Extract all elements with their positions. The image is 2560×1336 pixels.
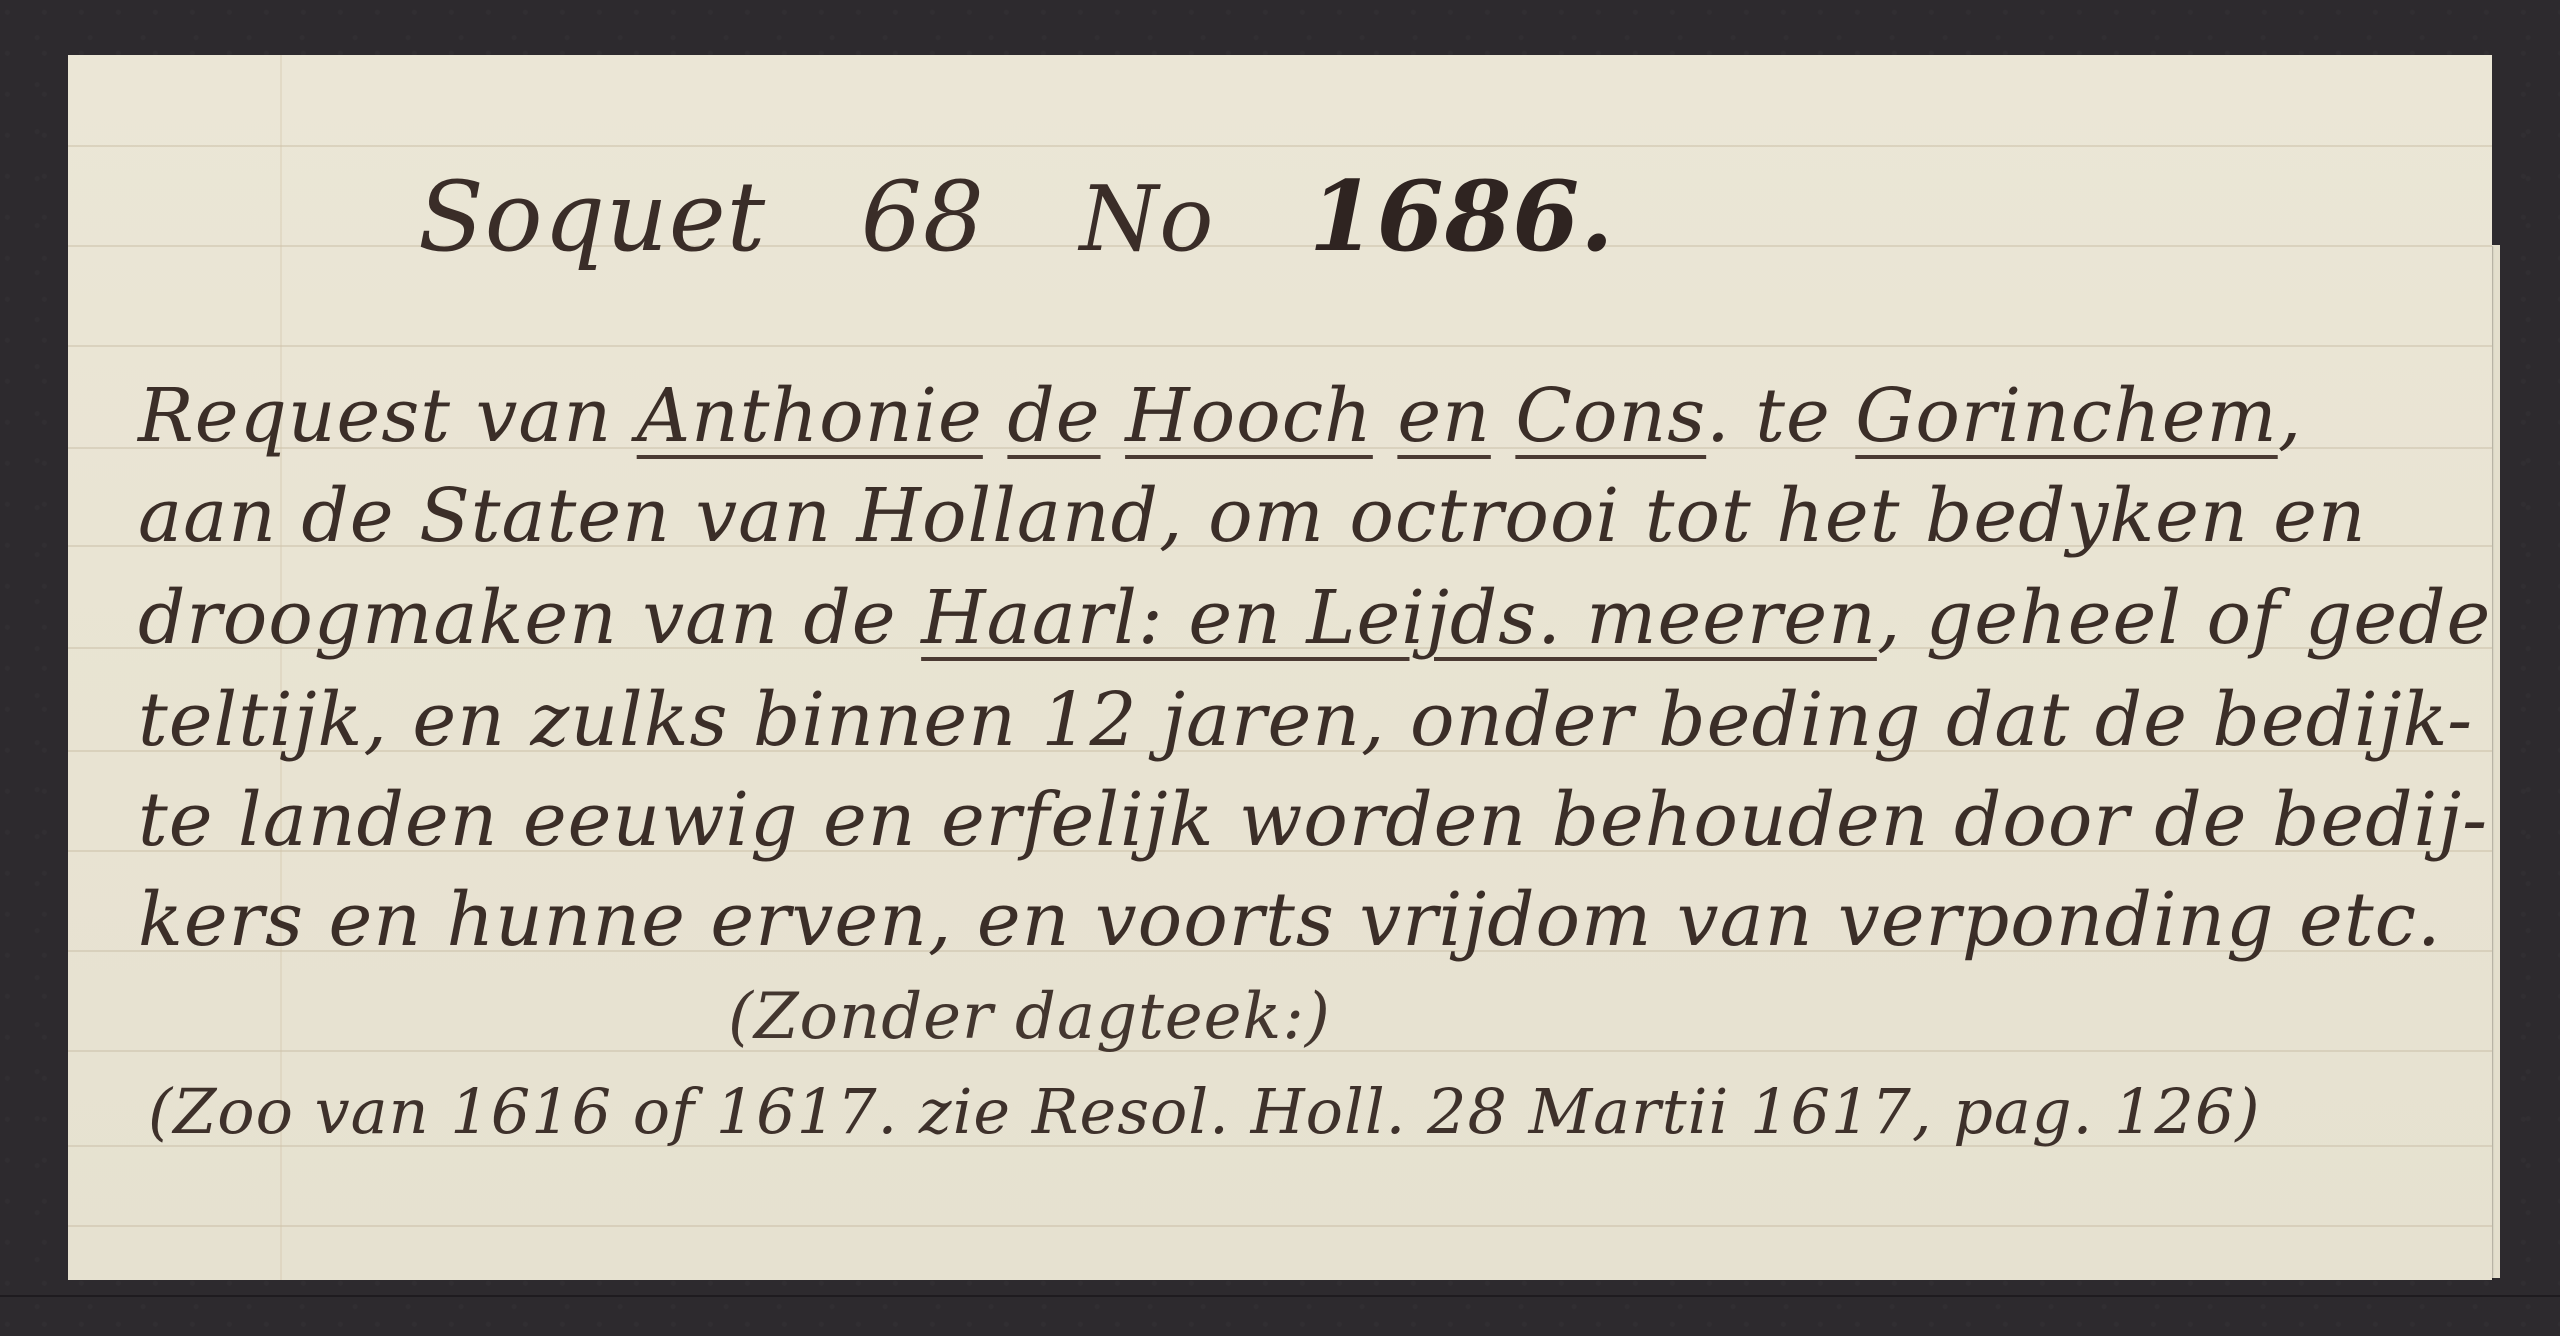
body-line-1: Request van Anthonie de Hooch en Cons. t…: [138, 373, 2302, 459]
ruled-line: [68, 145, 2492, 147]
person-name-hooch: Hooch: [1125, 373, 1373, 459]
mount-edge-line: [0, 1295, 2560, 1297]
text-cons: Cons: [1515, 373, 1706, 459]
body-line-3: droogmaken van de Haarl: en Leijds. meer…: [138, 575, 2492, 661]
card-header: Soquet 68 No 1686.: [418, 160, 1615, 273]
undated-note: (Zonder dagteek:): [728, 980, 1331, 1054]
text-segment: droogmaken van de: [138, 575, 921, 661]
place-gorinchem: Gorinchem: [1855, 373, 2277, 459]
index-card-paper: Soquet 68 No 1686. Request van Anthonie …: [68, 55, 2492, 1280]
text-segment: . te: [1706, 373, 1855, 459]
header-label: Soquet: [418, 161, 766, 273]
footnote-reference: (Zoo van 1616 of 1617. zie Resol. Holl. …: [148, 1075, 2261, 1148]
place-haarlem-leiden-lakes: Haarl: en Leijds. meeren: [921, 575, 1877, 661]
no-label: No: [1079, 167, 1214, 272]
body-line-2: aan de Staten van Holland, om octrooi to…: [138, 473, 2367, 559]
ruled-line: [68, 1225, 2492, 1227]
body-line-6: kers en hunne erven, en voorts vrijdom v…: [138, 877, 2442, 963]
text-segment: [983, 373, 1008, 459]
text-segment: , geheel of gedee-: [1877, 575, 2492, 661]
text-segment: [1491, 373, 1516, 459]
text-segment: Request van: [138, 373, 637, 459]
scanned-document-view: Soquet 68 No 1686. Request van Anthonie …: [0, 0, 2560, 1336]
text-segment: [1101, 373, 1126, 459]
text-segment: [1373, 373, 1398, 459]
text-segment: ,: [2278, 373, 2303, 459]
person-name-de: de: [1007, 373, 1100, 459]
text-en: en: [1397, 373, 1490, 459]
body-line-4: teltijk, en zulks binnen 12 jaren, onder…: [138, 677, 2473, 763]
item-number: 1686.: [1309, 160, 1615, 273]
person-name-anthonie: Anthonie: [637, 373, 983, 459]
soquet-number: 68: [861, 161, 985, 273]
ruled-line: [68, 345, 2492, 347]
body-line-5: te landen eeuwig en erfelijk worden beho…: [138, 777, 2488, 863]
